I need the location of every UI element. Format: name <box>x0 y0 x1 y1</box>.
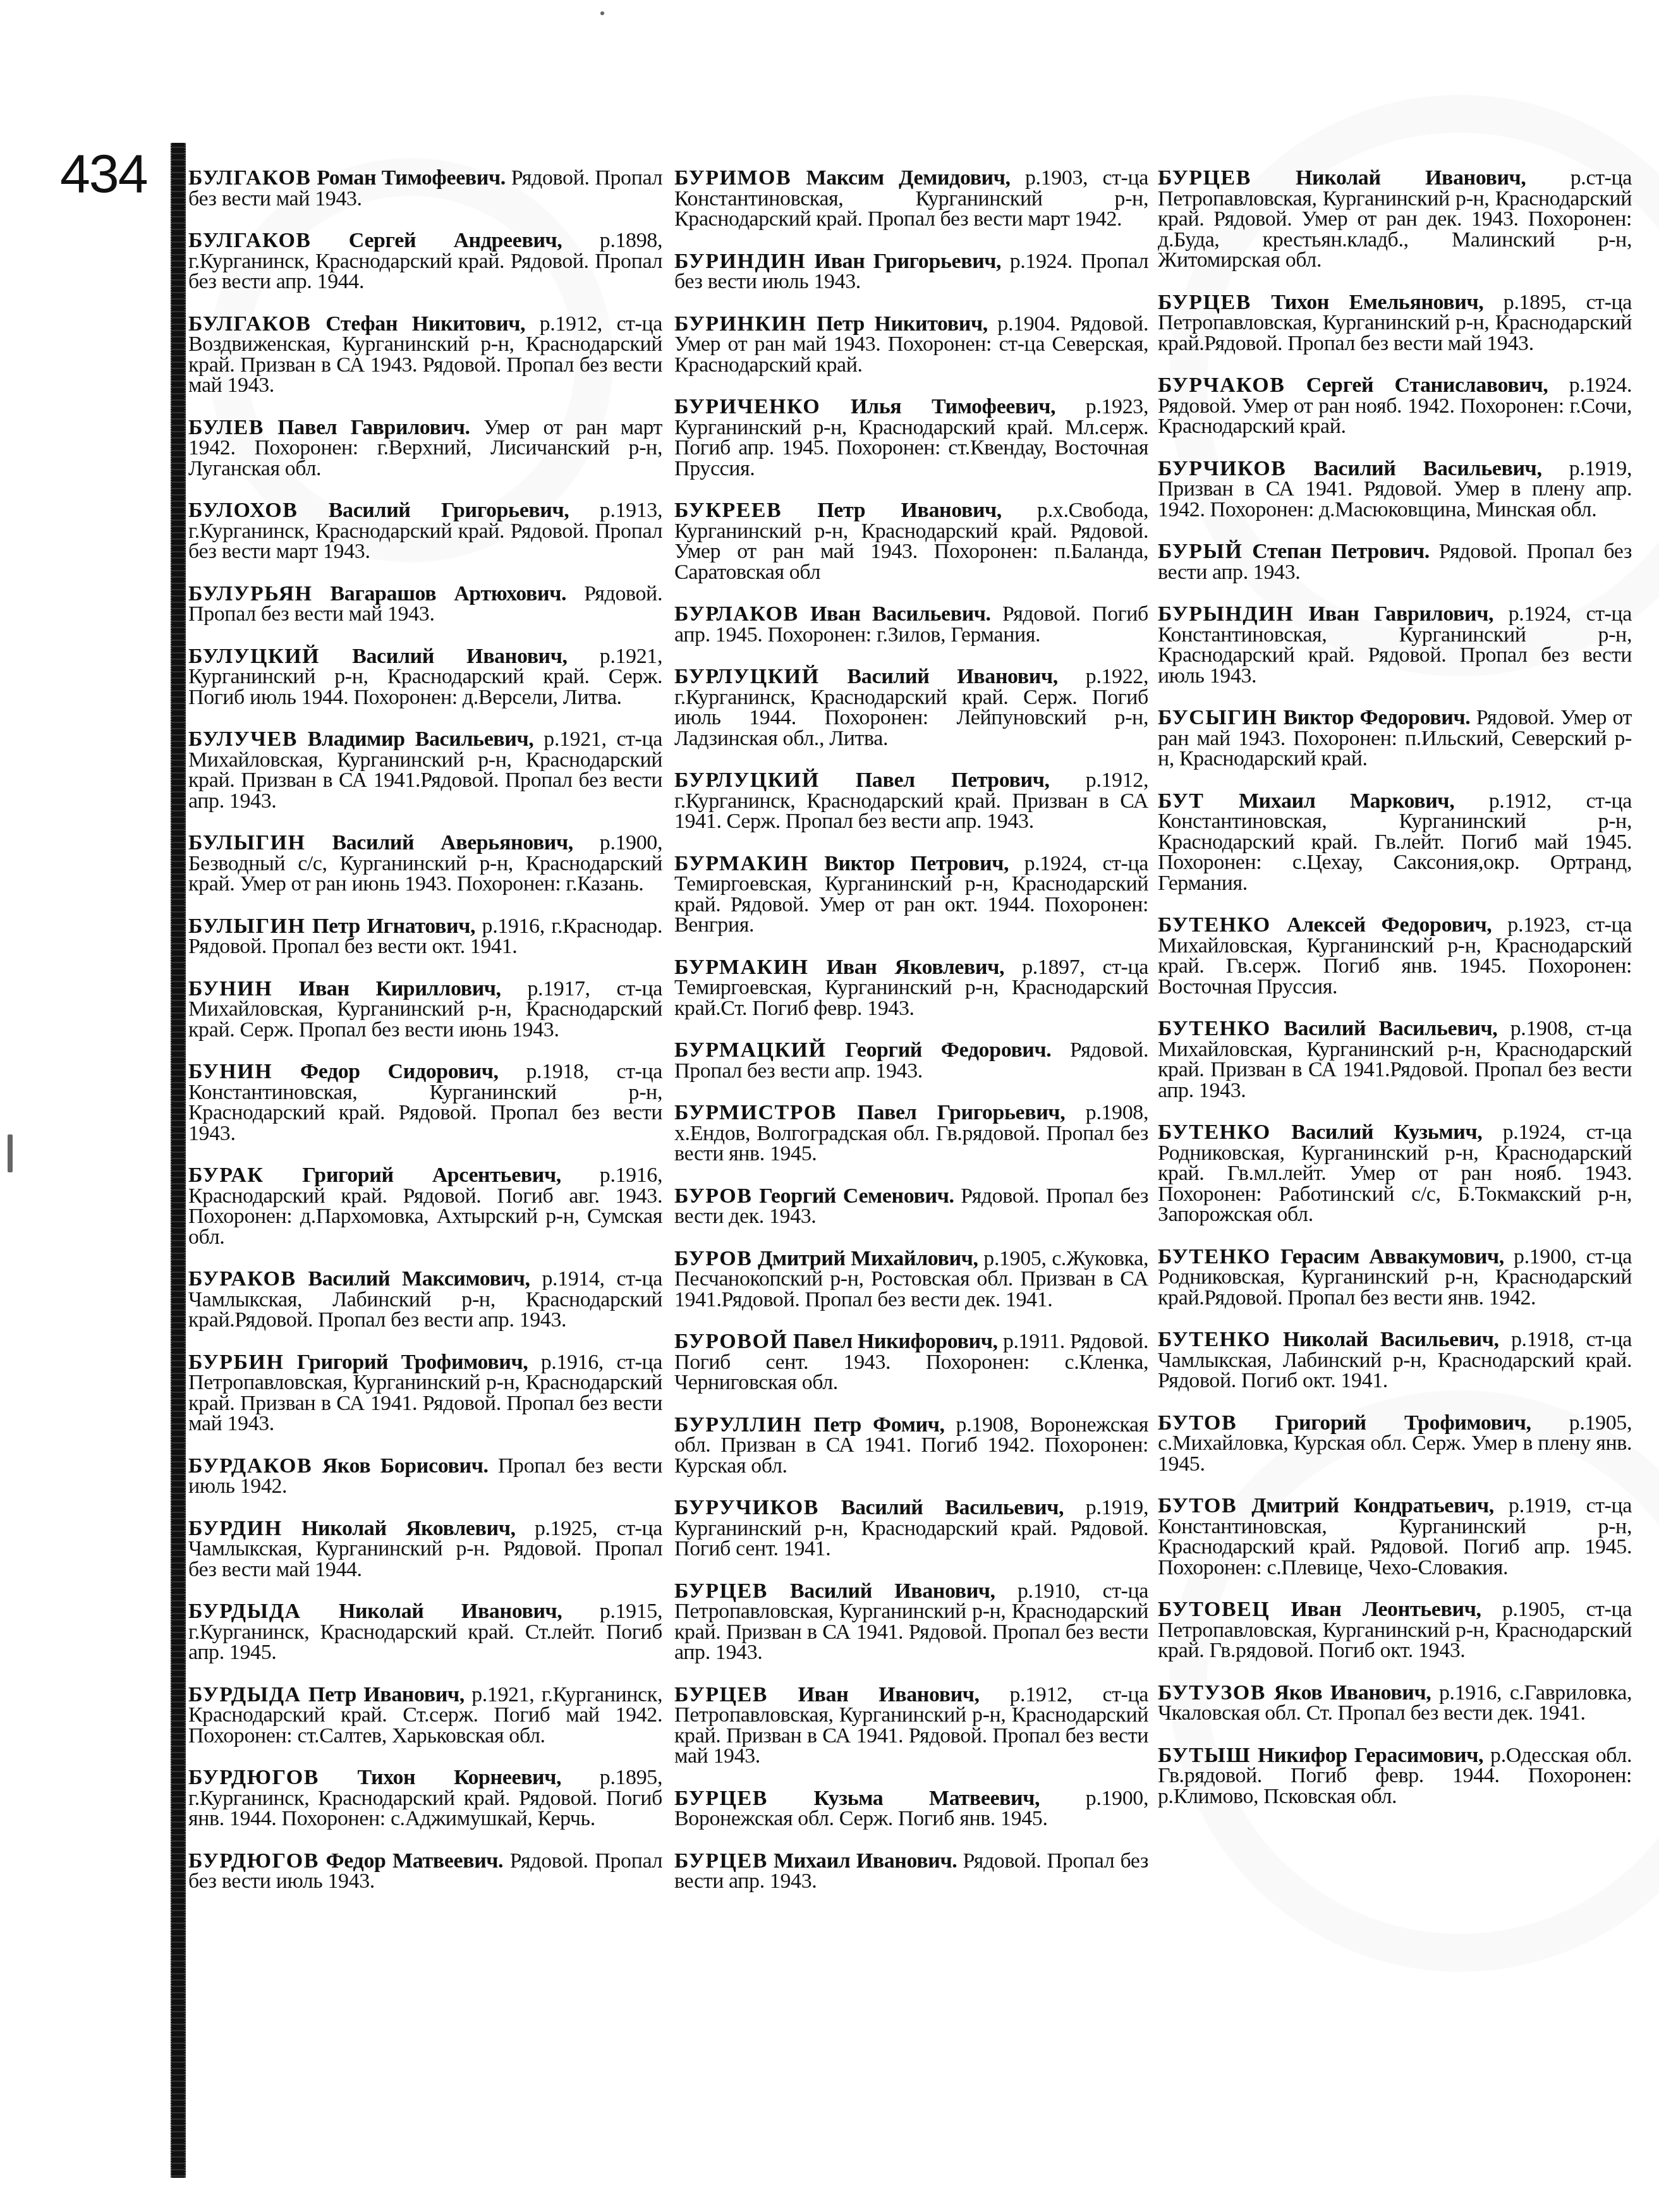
record-entry: БУРЦЕВ Иван Иванович, р.1912, ст-ца Петр… <box>674 1685 1148 1767</box>
record-surname: БУТ <box>1158 789 1204 813</box>
record-surname: БУРЦЕВ <box>674 1579 768 1603</box>
record-given-name: Виктор Федорович. <box>1284 706 1471 729</box>
page-number: 434 <box>60 147 147 201</box>
record-given-name: Сергей Андреевич, <box>349 229 562 252</box>
record-entry: БУРДАКОВ Яков Борисович. Пропал без вест… <box>188 1456 662 1497</box>
record-entry: БУРЦЕВ Кузьма Матвеевич, р.1900, Воронеж… <box>674 1789 1148 1830</box>
column-2: БУРИМОВ Максим Демидович, р.1903, ст-ца … <box>674 147 1148 1914</box>
record-given-name: Павел Гаврилович. <box>277 416 470 439</box>
record-given-name: Иван Григорьевич, <box>815 250 1002 273</box>
record-entry: БУРОВОЙ Павел Никифорович, р.1911. Рядов… <box>674 1332 1148 1394</box>
record-given-name: Иван Васильевич. <box>810 602 991 626</box>
record-given-name: Николай Яковлевич, <box>301 1517 516 1540</box>
record-entry: БУРАК Григорий Арсентьевич, р.1916, Крас… <box>188 1165 662 1248</box>
record-given-name: Василий Иванович, <box>352 645 568 668</box>
record-entry: БУСЫГИН Виктор Федорович. Рядовой. Умер … <box>1158 708 1632 770</box>
record-given-name: Павел Григорьевич, <box>857 1101 1065 1124</box>
record-surname: БУРУЧИКОВ <box>674 1496 819 1519</box>
record-surname: БУРОВОЙ <box>674 1330 787 1353</box>
record-given-name: Вагарашов Артюхович. <box>331 582 567 605</box>
record-entry: БУЛУРЬЯН Вагарашов Артюхович. Рядовой. П… <box>188 584 662 625</box>
record-entry: БУРЛУЦКИЙ Василий Иванович, р.1922, г.Ку… <box>674 667 1148 749</box>
record-surname: БУРДЮГОВ <box>188 1849 319 1873</box>
record-surname: БУЛГАКОВ <box>188 312 312 336</box>
record-entry: БУРИНКИН Петр Никитович, р.1904. Рядовой… <box>674 314 1148 376</box>
record-surname: БУТЕНКО <box>1158 1121 1271 1144</box>
record-entry: БУЛУЦКИЙ Василий Иванович, р.1921, Курга… <box>188 647 662 708</box>
record-entry: БУЛЫГИН Василий Аверьянович, р.1900, Без… <box>188 833 662 895</box>
record-given-name: Григорий Трофимович, <box>297 1351 528 1374</box>
record-given-name: Владимир Васильевич, <box>308 727 534 751</box>
column-1: БУЛГАКОВ Роман Тимофеевич. Рядовой. Проп… <box>188 147 662 1914</box>
scan-speck <box>8 1134 13 1172</box>
record-surname: БУТУЗОВ <box>1158 1681 1266 1705</box>
record-given-name: Григорий Трофимович, <box>1275 1411 1531 1435</box>
record-given-name: Николай Иванович, <box>339 1600 562 1623</box>
record-entry: БУРЧАКОВ Сергей Станиславович, р.1924. Р… <box>1158 375 1632 437</box>
record-given-name: Василий Максимович, <box>308 1267 530 1291</box>
record-given-name: Кузьма Матвеевич, <box>813 1787 1040 1810</box>
record-surname: БУРБИН <box>188 1351 284 1374</box>
record-given-name: Михаил Иванович. <box>774 1849 957 1873</box>
record-entry: БУРМАКИН Иван Яковлевич, р.1897, ст-ца Т… <box>674 957 1148 1019</box>
record-surname: БУЛОХОВ <box>188 499 298 522</box>
record-surname: БУНИН <box>188 977 272 1000</box>
record-entry: БУРЦЕВ Тихон Емельянович, р.1895, ст-ца … <box>1158 293 1632 355</box>
column-3: БУРЦЕВ Николай Иванович, р.ст-ца Петропа… <box>1158 147 1632 1828</box>
record-surname: БУТЕНКО <box>1158 1245 1271 1268</box>
record-entry: БУТОВ Дмитрий Кондратьевич, р.1919, ст-ц… <box>1158 1496 1632 1578</box>
record-given-name: Николай Иванович, <box>1296 166 1526 190</box>
record-given-name: Николай Васильевич, <box>1283 1328 1499 1351</box>
record-given-name: Василий Иванович, <box>848 665 1058 688</box>
record-given-name: Григорий Арсентьевич, <box>302 1164 561 1187</box>
record-entry: БУТЕНКО Василий Кузьмич, р.1924, ст-ца Р… <box>1158 1122 1632 1225</box>
record-entry: БУРМАКИН Виктор Петрович, р.1924, ст-ца … <box>674 854 1148 936</box>
record-entry: БУЛГАКОВ Роман Тимофеевич. Рядовой. Проп… <box>188 168 662 209</box>
record-given-name: Иван Гаврилович, <box>1309 602 1493 626</box>
record-given-name: Степан Петрович. <box>1252 540 1429 563</box>
record-surname: БУТОВ <box>1158 1494 1237 1517</box>
record-given-name: Илья Тимофеевич, <box>851 395 1055 418</box>
record-surname: БУРОВ <box>674 1247 752 1270</box>
record-given-name: Дмитрий Кондратьевич, <box>1251 1494 1494 1517</box>
record-entry: БУРДИН Николай Яковлевич, р.1925, ст-ца … <box>188 1519 662 1581</box>
record-entry: БУРМАЦКИЙ Георгий Федорович. Рядовой. Пр… <box>674 1040 1148 1081</box>
record-surname: БУРМАКИН <box>674 956 809 979</box>
record-entry: БУРДЫДА Николай Иванович, р.1915, г.Кург… <box>188 1601 662 1663</box>
record-given-name: Василий Григорьевич, <box>329 499 569 522</box>
record-surname: БУРЦЕВ <box>674 1683 768 1706</box>
record-entry: БУРБИН Григорий Трофимович, р.1916, ст-ц… <box>188 1352 662 1435</box>
record-surname: БУРЛУЦКИЙ <box>674 769 820 792</box>
record-surname: БУЛУЧЕВ <box>188 727 298 751</box>
record-given-name: Дмитрий Михайлович, <box>758 1247 978 1270</box>
record-given-name: Алексей Федорович, <box>1287 913 1492 937</box>
record-entry: БУТ Михаил Маркович, р.1912, ст-ца Конст… <box>1158 791 1632 894</box>
record-given-name: Тихон Емельянович, <box>1271 291 1483 314</box>
record-surname: БУРМАКИН <box>674 852 809 875</box>
record-surname: БУРИМОВ <box>674 166 791 190</box>
scan-speck <box>600 11 604 15</box>
record-given-name: Сергей Станиславович, <box>1306 374 1548 397</box>
record-surname: БУНИН <box>188 1060 272 1083</box>
record-entry: БУРЧИКОВ Василий Васильевич, р.1919, При… <box>1158 459 1632 521</box>
record-given-name: Петр Фомич, <box>813 1413 944 1437</box>
record-entry: БУРМИСТРОВ Павел Григорьевич, р.1908, х.… <box>674 1103 1148 1165</box>
record-given-name: Яков Борисович. <box>322 1454 489 1478</box>
record-given-name: Максим Демидович, <box>806 166 1010 190</box>
record-entry: БУКРЕЕВ Петр Иванович, р.х.Свобода, Кург… <box>674 501 1148 583</box>
record-given-name: Петр Иванович, <box>817 499 1002 522</box>
record-entry: БУТОВ Григорий Трофимович, р.1905, с.Мих… <box>1158 1413 1632 1475</box>
record-surname: БУЛУРЬЯН <box>188 582 312 605</box>
record-surname: БУТЫШ <box>1158 1744 1251 1767</box>
record-given-name: Василий Васильевич, <box>1314 457 1542 480</box>
record-given-name: Роман Тимофеевич. <box>317 166 506 190</box>
record-surname: БУРЫНДИН <box>1158 602 1294 626</box>
record-surname: БУЛУЦКИЙ <box>188 645 320 668</box>
record-entry: БУНИН Иван Кириллович, р.1917, ст-ца Мих… <box>188 979 662 1041</box>
record-entry: БУТУЗОВ Яков Иванович, р.1916, с.Гаврило… <box>1158 1683 1632 1724</box>
record-surname: БУРЧАКОВ <box>1158 374 1285 397</box>
record-entry: БУРДЮГОВ Федор Матвеевич. Рядовой. Пропа… <box>188 1851 662 1892</box>
record-entry: БУТЕНКО Герасим Аввакумович, р.1900, ст-… <box>1158 1247 1632 1309</box>
record-entry: БУРОВ Дмитрий Михайлович, р.1905, с.Жуко… <box>674 1249 1148 1311</box>
record-entry: БУРАКОВ Василий Максимович, р.1914, ст-ц… <box>188 1269 662 1331</box>
record-given-name: Никифор Герасимович, <box>1258 1744 1483 1767</box>
record-given-name: Иван Иванович, <box>798 1683 980 1706</box>
record-entry: БУЛЫГИН Петр Игнатович, р.1916, г.Красно… <box>188 916 662 957</box>
record-given-name: Федор Сидорович, <box>300 1060 499 1083</box>
record-entry: БУТЫШ Никифор Герасимович, р.Одесская об… <box>1158 1746 1632 1808</box>
record-surname: БУРДАКОВ <box>188 1454 312 1478</box>
record-surname: БУРМИСТРОВ <box>674 1101 837 1124</box>
record-surname: БУРУЛЛИН <box>674 1413 802 1437</box>
record-surname: БУРЦЕВ <box>674 1787 768 1810</box>
record-entry: БУРДЮГОВ Тихон Корнеевич, р.1895, г.Кург… <box>188 1768 662 1830</box>
record-entry: БУРИЧЕНКО Илья Тимофеевич, р.1923, Курга… <box>674 397 1148 479</box>
record-given-name: Виктор Петрович, <box>824 852 1009 875</box>
record-surname: БУРЧИКОВ <box>1158 457 1286 480</box>
page-margin-rule <box>171 143 186 2178</box>
record-surname: БУРЦЕВ <box>674 1849 768 1873</box>
record-surname: БУРДЫДА <box>188 1683 301 1706</box>
record-entry: БУЛУЧЕВ Владимир Васильевич, р.1921, ст-… <box>188 729 662 811</box>
record-surname: БУЛЕВ <box>188 416 264 439</box>
record-given-name: Василий Васильевич, <box>1284 1017 1497 1040</box>
record-surname: БУРИНКИН <box>674 312 806 336</box>
record-entry: БУНИН Федор Сидорович, р.1918, ст-ца Кон… <box>188 1062 662 1144</box>
record-surname: БУЛЫГИН <box>188 831 306 854</box>
record-entry: БУРЛУЦКИЙ Павел Петрович, р.1912, г.Кург… <box>674 770 1148 832</box>
record-entry: БУРЦЕВ Михаил Иванович. Рядовой. Пропал … <box>674 1851 1148 1892</box>
record-surname: БУЛГАКОВ <box>188 166 312 190</box>
record-surname: БУРМАЦКИЙ <box>674 1038 827 1062</box>
record-surname: БУРДИН <box>188 1517 283 1540</box>
record-entry: БУРЫНДИН Иван Гаврилович, р.1924, ст-ца … <box>1158 604 1632 686</box>
record-surname: БУЛЫГИН <box>188 915 306 938</box>
record-entry: БУТЕНКО Алексей Федорович, р.1923, ст-ца… <box>1158 915 1632 997</box>
record-given-name: Василий Васильевич, <box>841 1496 1064 1519</box>
record-given-name: Георгий Семенович. <box>759 1184 954 1208</box>
record-surname: БУРДЫДА <box>188 1600 301 1623</box>
record-surname: БУСЫГИН <box>1158 706 1277 729</box>
record-given-name: Герасим Аввакумович, <box>1280 1245 1504 1268</box>
record-entry: БУЛГАКОВ Стефан Никитович, р.1912, ст-ца… <box>188 314 662 396</box>
record-surname: БУРДЮГОВ <box>188 1766 319 1789</box>
record-surname: БУРАК <box>188 1164 264 1187</box>
record-surname: БУРЦЕВ <box>1158 166 1251 190</box>
record-entry: БУРЦЕВ Василий Иванович, р.1910, ст-ца П… <box>674 1581 1148 1663</box>
record-given-name: Тихон Корнеевич, <box>358 1766 562 1789</box>
record-given-name: Василий Иванович, <box>790 1579 995 1603</box>
record-surname: БУТЕНКО <box>1158 1017 1271 1040</box>
record-entry: БУРДЫДА Петр Иванович, р.1921, г.Кургани… <box>188 1685 662 1747</box>
record-entry: БУРЦЕВ Николай Иванович, р.ст-ца Петропа… <box>1158 168 1632 271</box>
record-surname: БУРИЧЕНКО <box>674 395 820 418</box>
record-given-name: Иван Леонтьевич, <box>1291 1598 1481 1621</box>
record-given-name: Петр Никитович, <box>817 312 988 336</box>
record-entry: БУРИНДИН Иван Григорьевич, р.1924. Пропа… <box>674 252 1148 293</box>
record-given-name: Федор Матвеевич. <box>326 1849 504 1873</box>
record-surname: БУЛГАКОВ <box>188 229 312 252</box>
record-given-name: Иван Кириллович, <box>299 977 501 1000</box>
record-given-name: Павел Петрович, <box>856 769 1050 792</box>
record-given-name: Михаил Маркович, <box>1239 789 1454 813</box>
record-entry: БУРЛАКОВ Иван Васильевич. Рядовой. Погиб… <box>674 604 1148 645</box>
record-entry: БУРУЛЛИН Петр Фомич, р.1908, Воронежская… <box>674 1415 1148 1477</box>
record-entry: БУТЕНКО Василий Васильевич, р.1908, ст-ц… <box>1158 1019 1632 1101</box>
record-surname: БУРЫЙ <box>1158 540 1243 563</box>
record-surname: БУРАКОВ <box>188 1267 296 1291</box>
record-surname: БУТЕНКО <box>1158 1328 1271 1351</box>
record-given-name: Иван Яковлевич, <box>827 956 1004 979</box>
record-given-name: Яков Иванович, <box>1274 1681 1431 1705</box>
record-entry: БУЛЕВ Павел Гаврилович. Умер от ран март… <box>188 418 662 480</box>
record-given-name: Василий Кузьмич, <box>1291 1121 1482 1144</box>
record-entry: БУТЕНКО Николай Васильевич, р.1918, ст-ц… <box>1158 1330 1632 1392</box>
record-surname: БУТЕНКО <box>1158 913 1271 937</box>
record-surname: БУРЛУЦКИЙ <box>674 665 820 688</box>
record-surname: БУРЦЕВ <box>1158 291 1251 314</box>
record-entry: БУРОВ Георгий Семенович. Рядовой. Пропал… <box>674 1186 1148 1227</box>
record-surname: БУРОВ <box>674 1184 752 1208</box>
record-entry: БУРУЧИКОВ Василий Васильевич, р.1919, Ку… <box>674 1498 1148 1560</box>
record-entry: БУЛОХОВ Василий Григорьевич, р.1913, г.К… <box>188 501 662 562</box>
record-given-name: Стефан Никитович, <box>325 312 525 336</box>
record-surname: БУТОВ <box>1158 1411 1237 1435</box>
record-entry: БУРЫЙ Степан Петрович. Рядовой. Пропал б… <box>1158 542 1632 583</box>
record-surname: БУРИНДИН <box>674 250 806 273</box>
record-entry: БУТОВЕЦ Иван Леонтьевич, р.1905, ст-ца П… <box>1158 1600 1632 1662</box>
record-given-name: Василий Аверьянович, <box>332 831 573 854</box>
record-given-name: Петр Иванович, <box>308 1683 465 1706</box>
record-entry: БУЛГАКОВ Сергей Андреевич, р.1898, г.Кур… <box>188 231 662 293</box>
record-given-name: Георгий Федорович. <box>845 1038 1051 1062</box>
record-surname: БУРЛАКОВ <box>674 602 799 626</box>
record-surname: БУТОВЕЦ <box>1158 1598 1270 1621</box>
record-given-name: Петр Игнатович, <box>312 915 475 938</box>
record-entry: БУРИМОВ Максим Демидович, р.1903, ст-ца … <box>674 168 1148 230</box>
record-surname: БУКРЕЕВ <box>674 499 782 522</box>
record-given-name: Павел Никифорович, <box>793 1330 998 1353</box>
